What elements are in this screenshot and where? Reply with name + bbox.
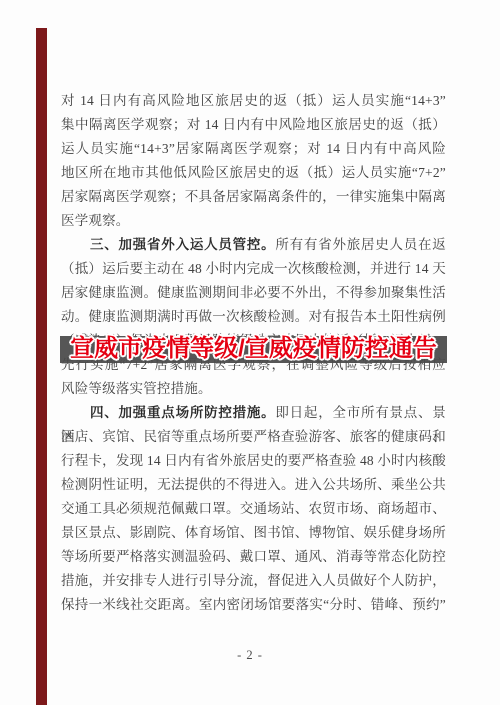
text-line: 居家隔离医学观察；不具备居家隔离条件的，一律实施集中隔离 [61, 185, 446, 209]
paragraph-heading: 三、加强省外入运人员管控。 [90, 237, 275, 252]
text-line: 行程卡，发现 14 日内有省外旅居史的要严格查验 48 小时内核酸 [61, 449, 446, 473]
text-line: 三、加强省外入运人员管控。所有有省外旅居史人员在返 [61, 233, 446, 257]
text-line: 等场所要严格落实测温验码、戴口罩、通风、消毒等常态化防控 [61, 545, 446, 569]
left-accent-bar [36, 28, 47, 705]
page-number: - 2 - [0, 648, 500, 663]
text-line: 医学观察。 [61, 209, 446, 233]
text-line: 对 14 日内有高风险地区旅居史的返（抵）运人员实施“14+3” [61, 89, 446, 113]
document-page: 对 14 日内有高风险地区旅居史的返（抵）运人员实施“14+3”集中隔离医学观察… [0, 0, 500, 705]
text-line: 酒店、宾馆、民宿等重点场所要严格查验游客、旅客的健康码和 [61, 425, 446, 449]
text-line: 居家健康监测。健康监测期间非必要不外出，不得参加聚集性活 [61, 281, 446, 305]
text-line: 景区景点、影剧院、体育场馆、图书馆、博物馆、娱乐健身场所 [61, 521, 446, 545]
text-line: （抵）运后要主动在 48 小时内完成一次核酸检测，并进行 14 天 [61, 257, 446, 281]
text-line: 措施，并安排专人进行引导分流，督促进入人员做好个人防护， [61, 569, 446, 593]
text-line: 运人员实施“14+3”居家隔离医学观察；对 14 日内有中高风险 [61, 137, 446, 161]
watermark-banner: 宣威市疫情等级/宣威疫情防控通告 [60, 336, 447, 363]
text-line: 交通工具必须规范佩戴口罩。交通场站、农贸市场、商场超市、 [61, 497, 446, 521]
watermark-title: 宣威市疫情等级/宣威疫情防控通告 [60, 333, 447, 365]
text-line: 地区所在地市其他低风险区旅居史的返（抵）运人员实施“7+2” [61, 161, 446, 185]
text-line: 四、加强重点场所防控措施。即日起，全市所有景点、景区、 [61, 401, 446, 425]
text-line: 风险等级落实管控措施。 [61, 377, 446, 401]
paragraph-heading: 四、加强重点场所防控措施。 [90, 405, 275, 420]
text-line: 检测阴性证明，无法提供的不得进入。进入公共场所、乘坐公共 [61, 473, 446, 497]
text-line: 保持一米线社交距离。室内密闭场馆要落实“分时、错峰、预约” [61, 593, 446, 617]
text-line: 动。健康监测期满时再做一次核酸检测。对有报告本土阳性病例 [61, 305, 446, 329]
text-line: 集中隔离医学观察；对 14 日内有中风险地区旅居史的返（抵） [61, 113, 446, 137]
